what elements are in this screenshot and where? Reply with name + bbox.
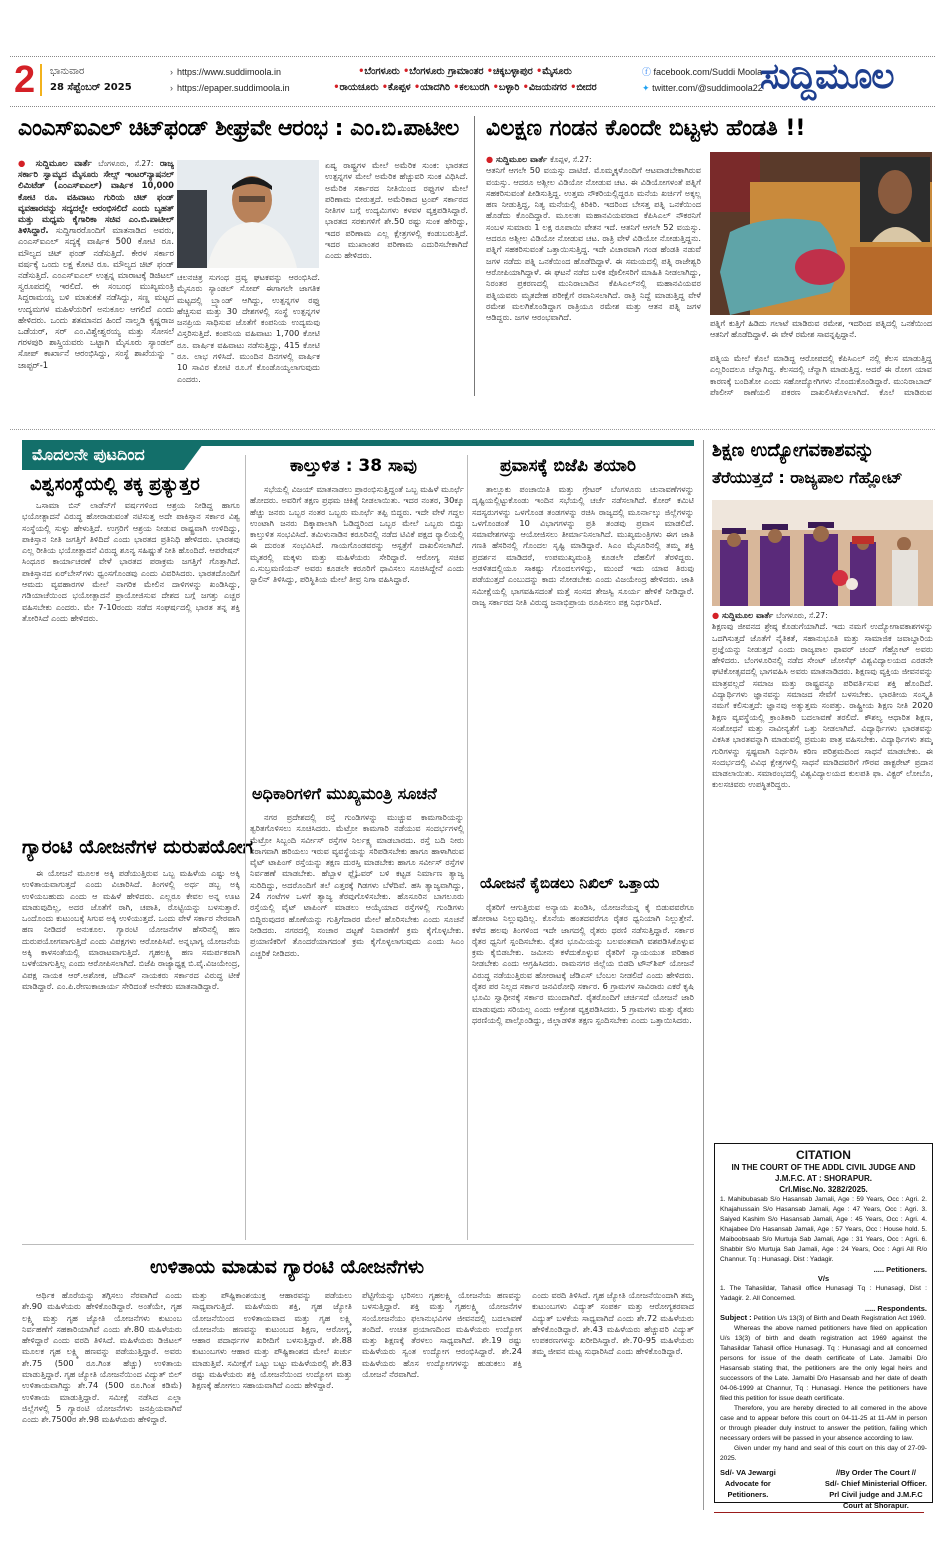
story7-body: ತಾಲ್ಲೂಕು ಪಂಚಾಯಿತಿ ಮತ್ತು ಗ್ರೇಟರ್ ಬೆಂಗಳೂರು…	[472, 484, 694, 868]
story10-col4: ಎಂದು ವರದಿ ತಿಳಿಸಿದೆ. ಗೃಹ ಜ್ಯೋತಿ ಯೋಜನೆಯಿಂದ…	[532, 1290, 694, 1500]
chevron-right-icon: ›	[170, 67, 173, 77]
upper-section-rule	[10, 429, 935, 430]
story3-headline: ವಿಶ್ವಸಂಸ್ಥೆಯಲ್ಲಿ ತಕ್ಕ ಪ್ರತ್ಯುತ್ತರ	[30, 474, 200, 495]
city-editions: •ಬೆಂಗಳೂರು •ಬೆಂಗಳೂರು ಗ್ರಾಮಾಂತರ •ಚಿಕ್ಕಬಳ್ಳ…	[300, 64, 630, 96]
website-link[interactable]: ›https://www.suddimoola.in	[170, 64, 290, 80]
story1-headline: ಎಂಎಸ್‌ಐಎಲ್ ಚಿಟ್‌ಫಂಡ್ ಶೀಘ್ರವೇ ಆರಂಭ : ಎಂ.ಬ…	[18, 116, 459, 141]
story5-body: ಸಭೆಯಲ್ಲಿ ವಿಜಯ್ ಮಾತನಾಡಲು ಪ್ರಾರಂಭಿಸುತ್ತಿದ್…	[250, 484, 464, 752]
city-row-1: •ಬೆಂಗಳೂರು •ಬೆಂಗಳೂರು ಗ್ರಾಮಾಂತರ •ಚಿಕ್ಕಬಳ್ಳ…	[300, 64, 630, 80]
column-divider	[474, 116, 475, 396]
twitter-icon: ✦	[642, 83, 650, 93]
facebook-link[interactable]: ⓕ facebook.com/Suddi Moola	[642, 64, 763, 80]
convocation-photo	[712, 500, 933, 606]
citation-para-1: Whereas the above named petitioners have…	[720, 1324, 927, 1404]
crime-scene-photo	[710, 152, 932, 315]
versus: V/s	[720, 1274, 927, 1284]
story2-photo-caption: ಪತ್ನಿಗೆ ಕುತ್ತಿಗೆ ಹಿಡಿದು ಗಲಾಟೆ ಮಾಡಿರುವ ರಮ…	[710, 318, 932, 340]
convocation-image	[712, 500, 933, 606]
story10-col1: ಆರ್ಥಿಕ ಹೊರೆಯನ್ನು ತಗ್ಗಿಸಲು ನೆರವಾಗಿದೆ ಎಂದು…	[22, 1290, 182, 1500]
story4-headline: ಗ್ಯಾರಂಟಿ ಯೋಜನೆಗಳ ದುರುಪಯೋಗ	[22, 836, 253, 858]
section-banner-label: ಮೊದಲನೇ ಪುಟದಿಂದ	[22, 440, 206, 470]
city-row-2: •ರಾಯಚೂರು •ಕೊಪ್ಪಳ •ಯಾದಗಿರಿ •ಕಲಬುರಗಿ •ಬಳ್ಳ…	[300, 80, 630, 96]
signature-left: Sd/- VA Jewargi Advocate for Petitioners…	[720, 1467, 776, 1511]
signature-right: //By Order The Court // Sd/- Chief Minis…	[825, 1467, 927, 1511]
story2-headline: ವಿಲಕ್ಷಣ ಗಂಡನ ಕೊಂದೇ ಬಿಟ್ಟಳು ಹೆಂಡತಿ !!	[486, 116, 805, 141]
date-block: ಭಾನುವಾರ 28 ಸೆಪ್ಟೆಂಬರ್ 2025	[50, 64, 132, 96]
chevron-right-icon: ›	[170, 83, 173, 93]
column-divider	[245, 455, 246, 1240]
story5-headline: ಕಾಲ್ತುಳಿತ : 38 ಸಾವು	[290, 456, 417, 476]
social-links: ⓕ facebook.com/Suddi Moola ✦ twitter.com…	[642, 64, 763, 96]
petitioners-list: 1. Mahibubasab S/o Hasansab Jamali, Age …	[720, 1195, 927, 1265]
byline: ● ಸುದ್ದಿಮೂಲ ವಾರ್ತೆ ಬೆಂಗಳೂರು, ಸೆ.27:	[712, 610, 828, 620]
story9-headline-line1: ಶಿಕ್ಷಣ ಉದ್ಯೋಗವಕಾಶವನ್ನು	[712, 440, 874, 461]
minister-photo	[177, 160, 319, 268]
story6-body: ನಗರ ಪ್ರದೇಶದಲ್ಲಿ ರಸ್ತೆ ಗುಂಡಿಗಳನ್ನು ಮುಚ್ಚು…	[250, 812, 464, 1242]
citation-notice: CITATION IN THE COURT OF THE ADDL CIVIL …	[714, 1143, 933, 1503]
bottom-red-rule	[714, 1512, 924, 1513]
bottom-section-rule	[22, 1244, 694, 1245]
column-divider	[467, 455, 468, 1240]
story7-headline: ಪ್ರವಾಸಕ್ಕೆ ಬಿಜೆಪಿ ತಯಾರಿ	[500, 456, 636, 476]
story4-body: ಈ ಯೋಜನೆ ಮೂಲಕ ಅಕ್ಕಿ ಪಡೆಯುತ್ತಿರುವ ಒಬ್ಬ ಮಹಿ…	[22, 868, 240, 1238]
twitter-link[interactable]: ✦ twitter.com/@suddimoola22	[642, 80, 763, 96]
story2-col2: ಪತ್ನಿಯ ಮೇಲೆ ಕೊಲೆ ಮಾಡಿದ್ದ ಆರೋಪದಲ್ಲಿ ಕೆಪಿಸ…	[710, 353, 932, 395]
story10-headline: ಉಳಿತಾಯ ಮಾಡುವ ಗ್ಯಾರಂಟಿ ಯೋಜನೆಗಳು	[150, 1256, 424, 1278]
date: 28 ಸೆಪ್ಟೆಂಬರ್ 2025	[50, 80, 132, 96]
page-number-divider	[40, 64, 42, 96]
citation-para-2: Therefore, you are hereby directed to al…	[720, 1404, 927, 1444]
crime-scene-image	[710, 152, 932, 315]
petitioners-label: ..... Petitioners.	[720, 1265, 927, 1274]
story1-col3: ಏಷ್ಯ ರಾಷ್ಟ್ರಗಳ ಮೇಲೆ ಅಮೆರಿಕ ಸುಂಕ: ಭಾರತದ ಉ…	[325, 160, 468, 392]
story10-col3: ಪೆಟ್ಟಿಗೆಯನ್ನು ಭರಿಸಲು ಗೃಹಲಕ್ಷ್ಮಿ ಯೋಜನೆಯ ಹ…	[362, 1290, 522, 1500]
citation-title: CITATION	[720, 1148, 927, 1162]
masthead-bottom-rule	[10, 106, 935, 107]
person-silhouette-icon	[177, 160, 319, 268]
story8-headline: ಯೋಜನೆ ಕೈಬಿಡಲು ನಿಖಿಲ್ ಒತ್ತಾಯ	[480, 874, 659, 892]
masthead: 2 ಭಾನುವಾರ 28 ಸೆಪ್ಟೆಂಬರ್ 2025 ›https://ww…	[10, 60, 935, 100]
respondents-label: ..... Respondents.	[720, 1304, 927, 1313]
byline: ● ಸುದ್ದಿಮೂಲ ವಾರ್ತೆ ಕೊಪ್ಪಳ, ಸೆ.27:	[486, 154, 592, 164]
facebook-icon: ⓕ	[642, 67, 651, 77]
story10-col2: ಮತ್ತು ಪೌಷ್ಟಿಕಾಂಶಯುಕ್ತ ಆಹಾರವನ್ನು ಪಡೆಯಲು ಸ…	[192, 1290, 352, 1500]
page-number: 2	[14, 62, 35, 98]
website-links: ›https://www.suddimoola.in ›https://epap…	[170, 64, 290, 96]
story9-headline-line2: ತೆರೆಯುತ್ತದೆ : ರಾಜ್ಯಪಾಲ ಗೆಹ್ಲೋಟ್	[712, 468, 903, 488]
epaper-link[interactable]: ›https://epaper.suddimoola.in	[170, 80, 290, 96]
story1-col2: ಚಲನಚಿತ್ರ ಸುಗಂಧ ದ್ರವ್ಯ ಘಟಕವನ್ನು ಆರಂಭಿಸಿದೆ…	[177, 272, 320, 392]
subject-line: Subject : Petition U/s 13(3) of Birth an…	[720, 1313, 927, 1324]
story9-body: ● ಸುದ್ದಿಮೂಲ ವಾರ್ತೆ ಬೆಂಗಳೂರು, ಸೆ.27: ಶಿಕ್…	[712, 610, 933, 1138]
court-line-1: IN THE COURT OF THE ADDL CIVIL JUDGE AND	[720, 1162, 927, 1173]
story8-body: ರೈತರಿಗೆ ಆಗುತ್ತಿರುವ ಅನ್ಯಾಯ ಖಂಡಿಸಿ, ಯೋಜನೆಯ…	[472, 902, 694, 1242]
story6-headline: ಅಧಿಕಾರಿಗಳಿಗೆ ಮುಖ್ಯಮಂತ್ರಿ ಸೂಚನೆ	[252, 784, 437, 804]
column-divider	[703, 440, 704, 1510]
newspaper-logo: ಸುದ್ದಿಮೂಲ	[760, 56, 894, 98]
respondents-list: 1. The Tahasildar, Tahasil office Hunasa…	[720, 1284, 927, 1304]
story2-body: ● ಸುದ್ದಿಮೂಲ ವಾರ್ತೆ ಕೊಪ್ಪಳ, ಸೆ.27: ಆತನಿಗೆ…	[486, 154, 701, 394]
citation-given: Given under my hand and seal of this cou…	[720, 1444, 927, 1464]
byline: ● ಸುದ್ದಿಮೂಲ ವಾರ್ತೆ ಬೆಂಗಳೂರು, ಸೆ.27:	[18, 158, 153, 168]
case-number: Crl.Misc.No. 3282/2025.	[720, 1184, 927, 1195]
court-line-2: J.M.F.C. AT : SHORAPUR.	[720, 1173, 927, 1184]
day: ಭಾನುವಾರ	[50, 64, 132, 80]
story3-body: ಒಸಾಮಾ ಬಿನ್ ಲಾಡೆನ್‌ಗೆ ವರ್ಷಗಳಿಂದ ಆಶ್ರಯ ನೀಡ…	[22, 500, 240, 832]
signatures: Sd/- VA Jewargi Advocate for Petitioners…	[720, 1467, 927, 1511]
story1-lead: ● ಸುದ್ದಿಮೂಲ ವಾರ್ತೆ ಬೆಂಗಳೂರು, ಸೆ.27: ರಾಜ್…	[18, 158, 174, 392]
